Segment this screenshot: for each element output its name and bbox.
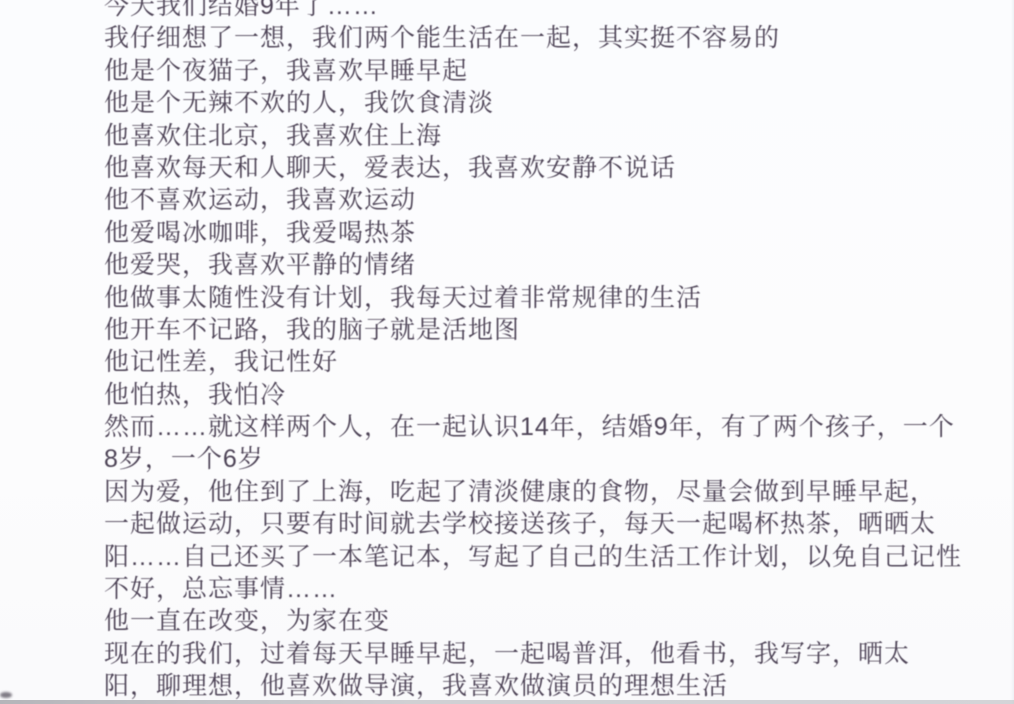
text-line: 一起做运动，只要有时间就去学校接送孩子，每天一起喝杯热茶，晒晒太 xyxy=(104,508,994,540)
text-line: 不好，总忘事情…… xyxy=(104,573,994,605)
text-line: 他不喜欢运动，我喜欢运动 xyxy=(104,184,994,216)
page-bottom-edge xyxy=(0,700,1014,704)
text-line: 他开车不记路，我的脑子就是活地图 xyxy=(104,314,994,346)
text-line: 他是个无辣不欢的人，我饮食清淡 xyxy=(104,87,994,119)
text-line: 因为爱，他住到了上海，吃起了清淡健康的食物，尽量会做到早睡早起， xyxy=(104,476,994,508)
text-line: 他喜欢住北京，我喜欢住上海 xyxy=(104,120,994,152)
text-line: 他做事太随性没有计划，我每天过着非常规律的生活 xyxy=(104,282,994,314)
text-line: 阳……自己还买了一本笔记本，写起了自己的生活工作计划，以免自己记性 xyxy=(104,541,994,573)
text-line: 他爱喝冰咖啡，我爱喝热茶 xyxy=(104,217,994,249)
text-line: 他一直在改变，为家在变 xyxy=(104,605,994,637)
text-line: 我仔细想了一想，我们两个能生活在一起，其实挺不容易的 xyxy=(104,22,994,54)
text-line: 阳，聊理想，他喜欢做导演，我喜欢做演员的理想生活 xyxy=(104,670,994,702)
text-line: 今天我们结婚9年了…… xyxy=(104,0,994,22)
text-line: 他喜欢每天和人聊天，爱表达，我喜欢安静不说话 xyxy=(104,152,994,184)
text-line: 8岁，一个6岁 xyxy=(104,443,994,475)
corner-artifact xyxy=(0,692,12,698)
text-line: 他爱哭，我喜欢平静的情绪 xyxy=(104,249,994,281)
post-text: 今天我们结婚9年了…… 我仔细想了一想，我们两个能生活在一起，其实挺不容易的 他… xyxy=(104,0,994,703)
text-line: 然而……就这样两个人，在一起认识14年，结婚9年，有了两个孩子，一个 xyxy=(104,411,994,443)
text-line: 现在的我们，过着每天早睡早起，一起喝普洱，他看书，我写字，晒太 xyxy=(104,638,994,670)
text-line: 他怕热，我怕冷 xyxy=(104,379,994,411)
text-line: 他是个夜猫子，我喜欢早睡早起 xyxy=(104,55,994,87)
text-line: 他记性差，我记性好 xyxy=(104,346,994,378)
document-canvas: 今天我们结婚9年了…… 我仔细想了一想，我们两个能生活在一起，其实挺不容易的 他… xyxy=(0,0,1014,704)
